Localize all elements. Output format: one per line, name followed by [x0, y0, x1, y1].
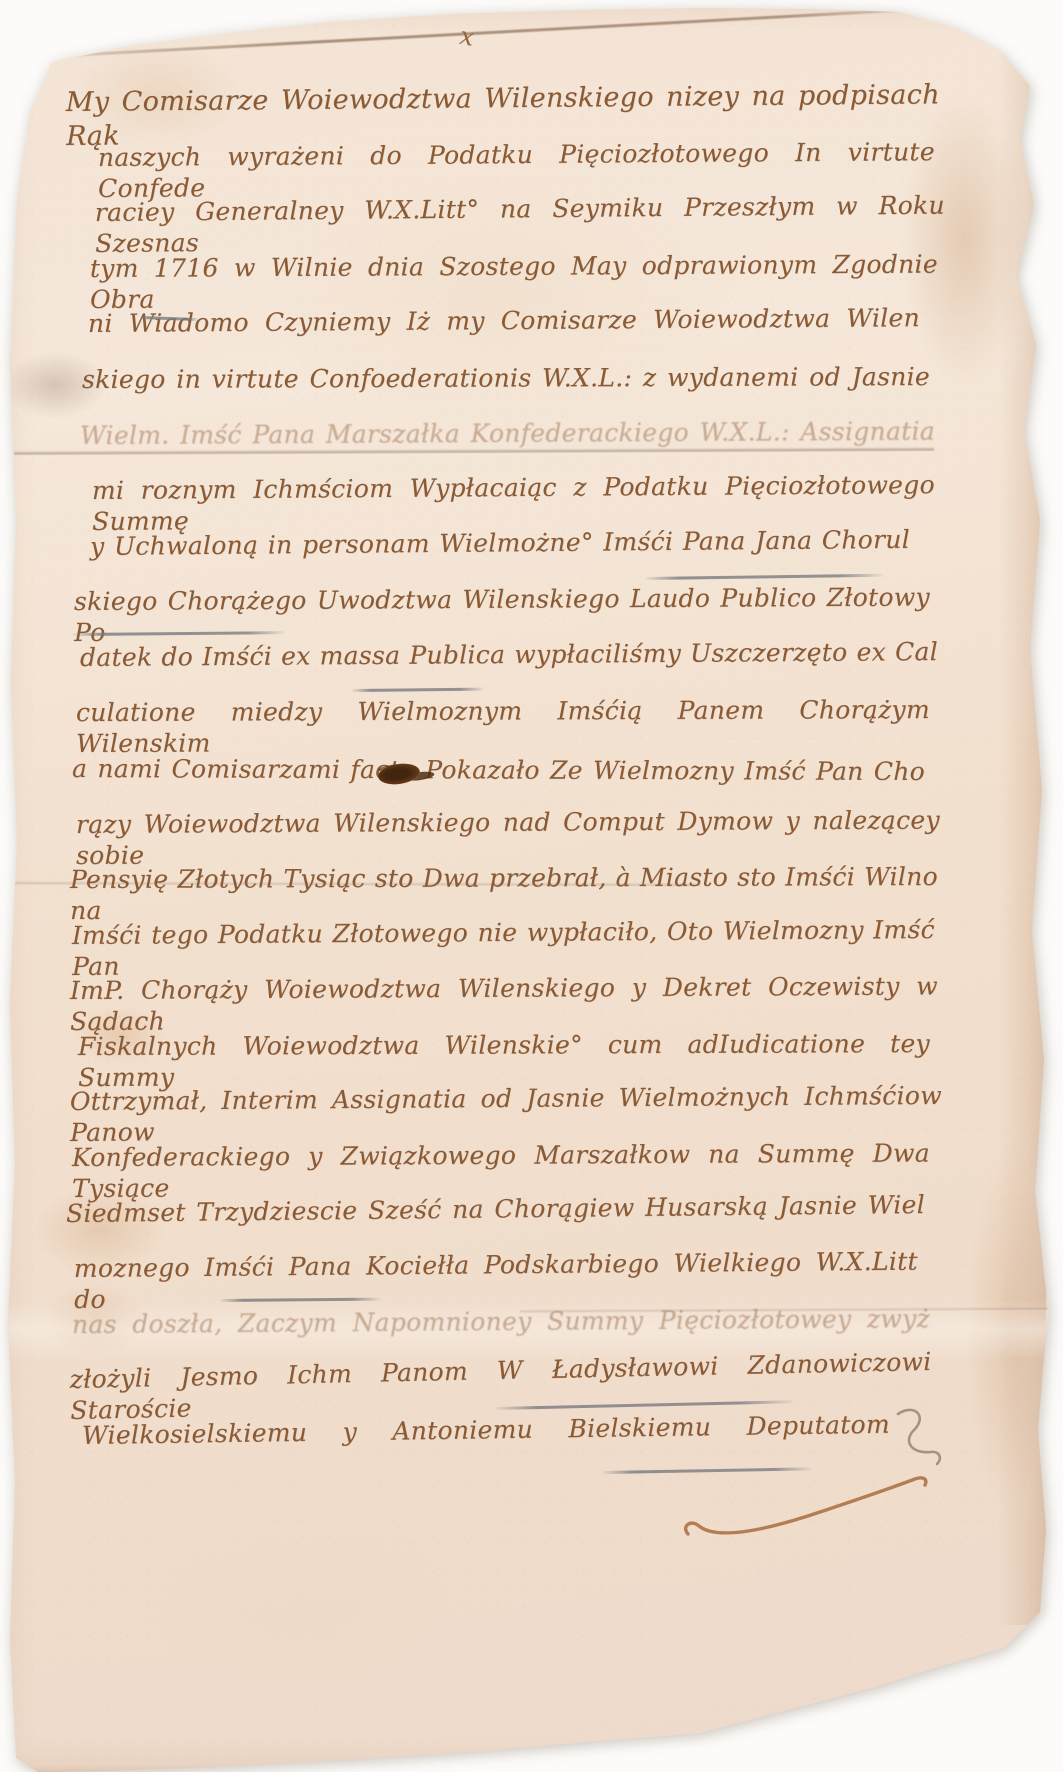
manuscript-line: ImP. Chorąży Woiewodztwa Wilenskiego y D…: [70, 970, 938, 1037]
manuscript-line: skiego in virtute Confoederationis W.X.L…: [82, 361, 930, 395]
manuscript-line: a nami Comisarzami facta Pokazało Ze Wie…: [72, 753, 925, 787]
manuscript-line: culatione miedzy Wielmoznym Imśćią Panem…: [76, 694, 930, 759]
manuscript-line: ni Wiadomo Czyniemy Iż my Comisarze Woie…: [88, 302, 920, 339]
pencil-curl-mark: [890, 1404, 950, 1474]
manuscript-line: datek do Imśći ex massa Publica wypłacil…: [80, 636, 938, 673]
manuscript-line-faded: nas doszła, Zaczym Napomnioney Summy Pię…: [72, 1303, 930, 1340]
paper-shadow-wrap: x My Comisarze Woiewodztwa Wilenskiego n…: [0, 0, 1063, 1772]
right-torn-edge-fibers: [998, 55, 1046, 1625]
scanned-manuscript-scene: x My Comisarze Woiewodztwa Wilenskiego n…: [0, 0, 1063, 1772]
manuscript-page: x My Comisarze Woiewodztwa Wilenskiego n…: [0, 0, 1063, 1772]
manuscript-line-faded: Wielm. Imść Pana Marszałka Konfederackie…: [80, 416, 935, 452]
